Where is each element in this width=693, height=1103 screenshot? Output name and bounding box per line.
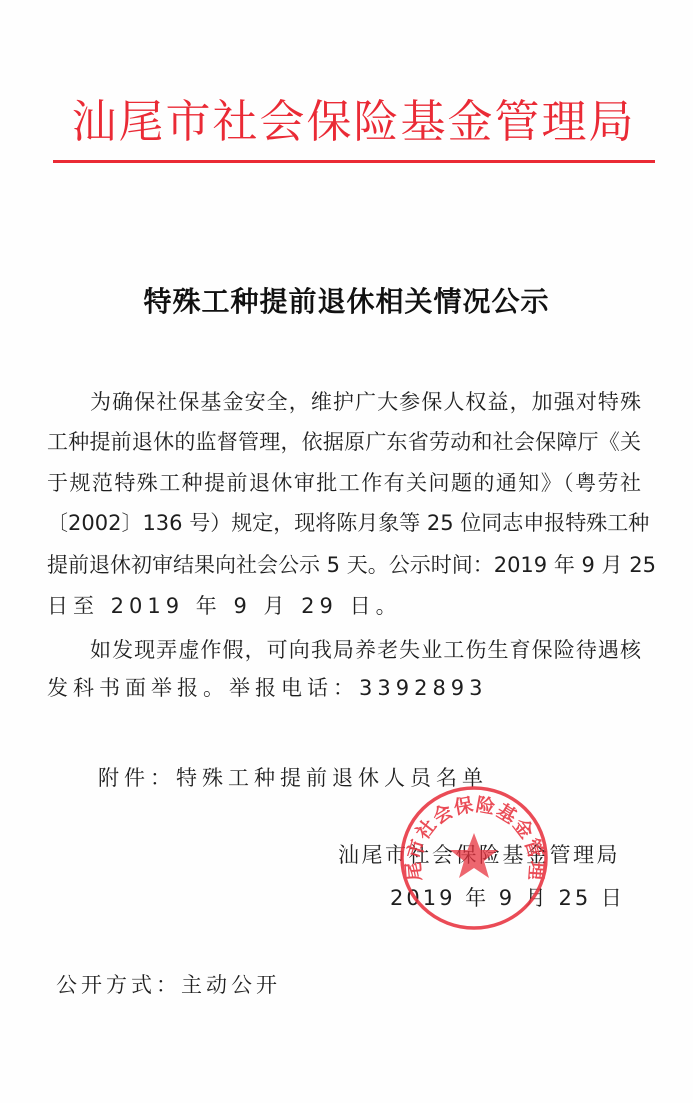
body-paragraph-1-line-1: 为确保社保基金安全，维护广大参保人权益，加强对特殊 — [90, 387, 641, 417]
disclosure-method: 公开方式：主动公开 — [56, 970, 281, 1000]
body-paragraph-1-line-5: 提前退休初审结果向社会公示 5 天。公示时间：2019 年 9 月 25 — [47, 550, 641, 580]
signature-org: 汕尾市社会保险基金管理局 — [338, 840, 620, 870]
body-paragraph-1-line-3: 于规范特殊工种提前退休审批工作有关问题的通知》（粤劳社 — [47, 468, 641, 498]
body-paragraph-1-line-6: 日至 2019 年 9 月 29 日。 — [47, 591, 641, 621]
body-paragraph-2-line-1: 如发现弄虚作假，可向我局养老失业工伤生育保险待遇核 — [90, 635, 641, 665]
body-paragraph-1-line-4: 〔2002〕136 号）规定，现将陈月象等 25 位同志申报特殊工种 — [47, 508, 641, 538]
signature-date: 2019 年 9 月 25 日 — [390, 883, 625, 913]
masthead-org-name: 汕尾市社会保险基金管理局 — [52, 92, 655, 152]
attachment-note: 附件：特殊工种提前退休人员名单 — [98, 763, 488, 793]
body-paragraph-2-line-2: 发科书面举报。举报电话：3392893 — [47, 673, 641, 703]
document-title: 特殊工种提前退休相关情况公示 — [0, 282, 693, 322]
document-page: 汕尾市社会保险基金管理局 特殊工种提前退休相关情况公示 为确保社保基金安全，维护… — [0, 0, 693, 1103]
masthead-divider — [53, 160, 655, 163]
body-paragraph-1-line-2: 工种提前退休的监督管理，依据原广东省劳动和社会保障厅《关 — [47, 427, 641, 457]
